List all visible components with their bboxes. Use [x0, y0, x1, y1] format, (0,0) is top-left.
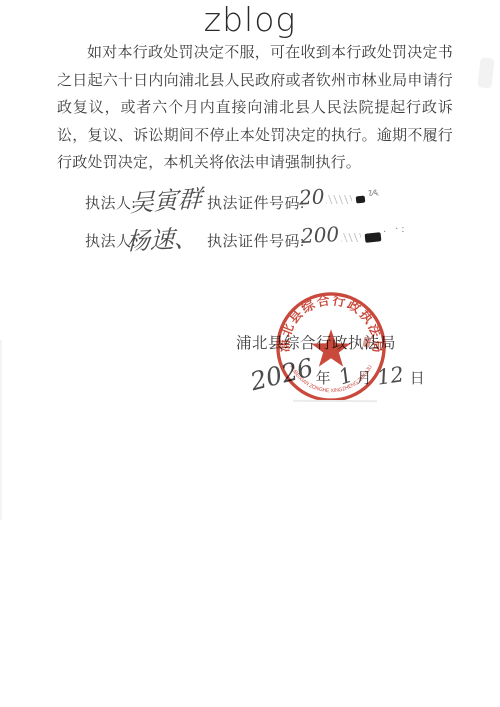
handwriting-smudge [341, 233, 361, 242]
handwriting-tail-marks: ᝰ [367, 185, 382, 200]
redaction-mark [365, 232, 382, 243]
scanned-document-page: zblog 如对本行政处罚决定不服，可在收到本行政处罚决定书之日起六十日内向浦北… [0, 0, 500, 707]
scan-artifact-edge [0, 340, 2, 520]
scan-artifact-smudge [477, 57, 494, 88]
officer1-cert-number: 20ᝰ [299, 185, 382, 210]
date-day-unit: 日 [410, 371, 426, 387]
official-red-seal: 浦北县综合行政执法局 PUBEIXIAN ZONGHE XINGZHENG ZH… [272, 288, 390, 406]
officer2-signature: 杨速、 [126, 218, 199, 257]
handwriting-smudge [326, 195, 352, 204]
officer1-label: 执法人: [85, 192, 136, 213]
seal-star-icon [311, 329, 350, 366]
redaction-mark [356, 195, 366, 203]
penalty-notice-paragraph: 如对本行政处罚决定不服，可在收到本行政处罚决定书之日起六十日内向浦北县人民政府或… [57, 40, 453, 178]
officer1-cert-label: 执法证件号码: [207, 192, 305, 213]
officer1-signature: 吴寅群 [129, 178, 202, 218]
officer1-cert-prefix: 20 [298, 184, 325, 209]
site-title[interactable]: zblog [0, 0, 500, 40]
officer2-cert-number: 200. ·: [301, 223, 407, 248]
handwriting-tail-marks: . ·: [383, 223, 407, 235]
officer2-cert-prefix: 200 [300, 222, 339, 248]
seal-code-mark [362, 337, 371, 348]
officer2-cert-label: 执法证件号码: [207, 230, 305, 251]
